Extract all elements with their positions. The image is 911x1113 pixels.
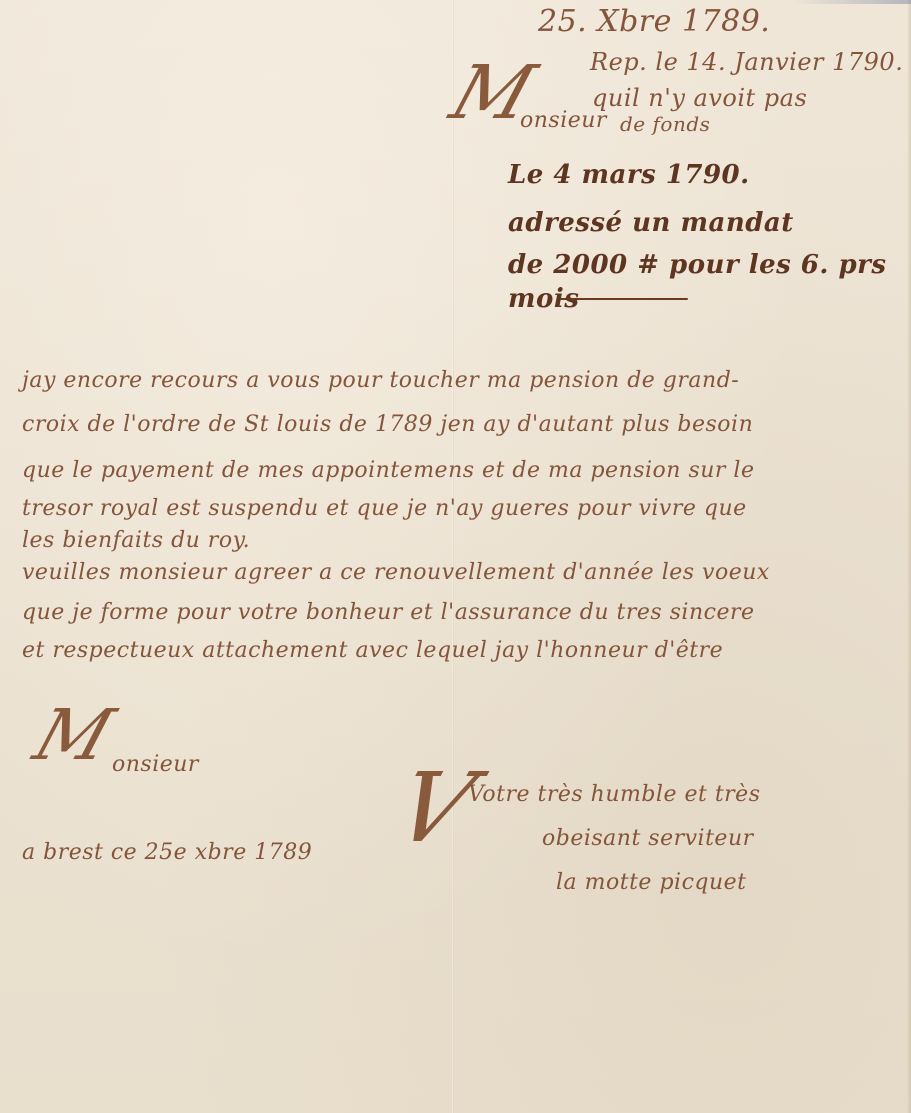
letter-page: 25. Xbre 1789. M onsieur Rep. le 14. Jan…	[0, 0, 911, 1113]
closing-line-1: Votre très humble et très	[468, 782, 761, 807]
reply-note-line-3: de fonds	[620, 112, 710, 136]
body-line-3: que le payement de mes appointemens et d…	[22, 458, 754, 483]
annotation-line-3: de 2000 # pour les 6. prs	[508, 250, 887, 280]
closing-line-2: obeisant serviteur	[542, 826, 754, 851]
signature: la motte picquet	[556, 870, 747, 895]
body-line-6: veuilles monsieur agreer a ce renouvelle…	[22, 560, 770, 585]
paper-edge	[907, 0, 911, 1113]
header-date: 25. Xbre 1789.	[538, 4, 770, 39]
closing-salutation: onsieur	[112, 752, 199, 777]
reply-note-line-1: Rep. le 14. Janvier 1790.	[590, 48, 903, 76]
paper-fold-line	[452, 0, 454, 1113]
annotation-line-2: adressé un mandat	[508, 208, 794, 238]
paper-corner-shadow	[791, 0, 911, 4]
body-line-1: jay encore recours a vous pour toucher m…	[22, 368, 739, 393]
body-line-8: et respectueux attachement avec lequel j…	[22, 638, 723, 663]
annotation-line-1: Le 4 mars 1790.	[508, 160, 750, 190]
closing-salutation-initial: M	[27, 700, 121, 770]
body-line-2: croix de l'ordre de St louis de 1789 jen…	[22, 412, 753, 437]
place-date: a brest ce 25e xbre 1789	[22, 840, 312, 865]
reply-note-line-2: quil n'y avoit pas	[592, 84, 807, 112]
closing-v-initial: V	[384, 760, 485, 856]
body-line-4: tresor royal est suspendu et que je n'ay…	[22, 496, 747, 521]
body-line-7: que je forme pour votre bonheur et l'ass…	[22, 600, 755, 625]
body-line-5: les bienfaits du roy.	[22, 528, 250, 553]
annotation-flourish	[560, 298, 688, 300]
